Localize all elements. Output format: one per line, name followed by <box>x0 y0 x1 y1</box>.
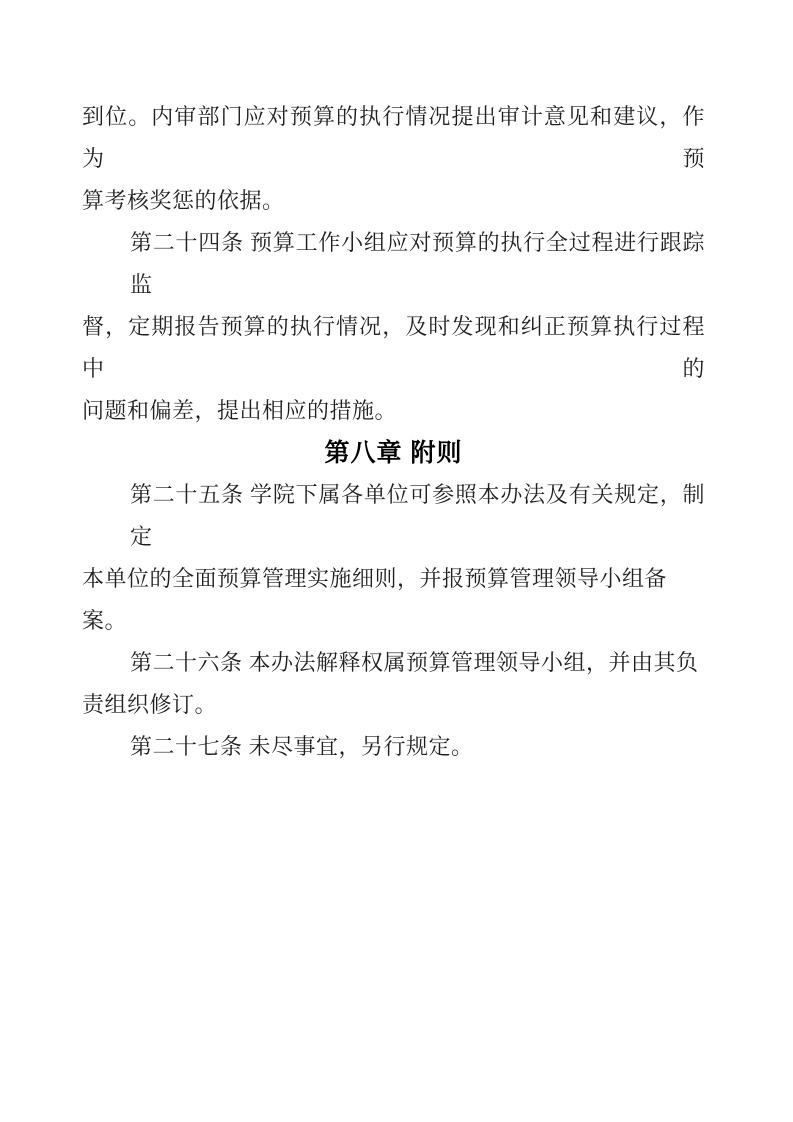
document-content: 到位。内审部门应对预算的执行情况提出审计意见和建议，作为预算考核奖惩的依据。第二… <box>82 96 705 768</box>
text-line: 问题和偏差，提出相应的措施。 <box>82 390 705 432</box>
text-line: 到位。内审部门应对预算的执行情况提出审计意见和建议，作为预 <box>82 96 705 180</box>
text-line: 本单位的全面预算管理实施细则，并报预算管理领导小组备案。 <box>82 558 705 642</box>
chapter-heading: 第八章 附则 <box>82 432 705 474</box>
text-line: 第二十四条 预算工作小组应对预算的执行全过程进行跟踪 监 <box>82 222 705 306</box>
text-line: 第二十七条 未尽事宜，另行规定。 <box>82 726 705 768</box>
text-line: 第二十五条 学院下属各单位可参照本办法及有关规定，制定 <box>82 474 705 558</box>
text-line: 第二十六条 本办法解释权属预算管理领导小组，并由其负 <box>82 642 705 684</box>
text-line: 督，定期报告预算的执行情况，及时发现和纠正预算执行过程中的 <box>82 306 705 390</box>
text-line: 责组织修订。 <box>82 684 705 726</box>
document-page: 到位。内审部门应对预算的执行情况提出审计意见和建议，作为预算考核奖惩的依据。第二… <box>0 0 793 1122</box>
text-line: 算考核奖惩的依据。 <box>82 180 705 222</box>
